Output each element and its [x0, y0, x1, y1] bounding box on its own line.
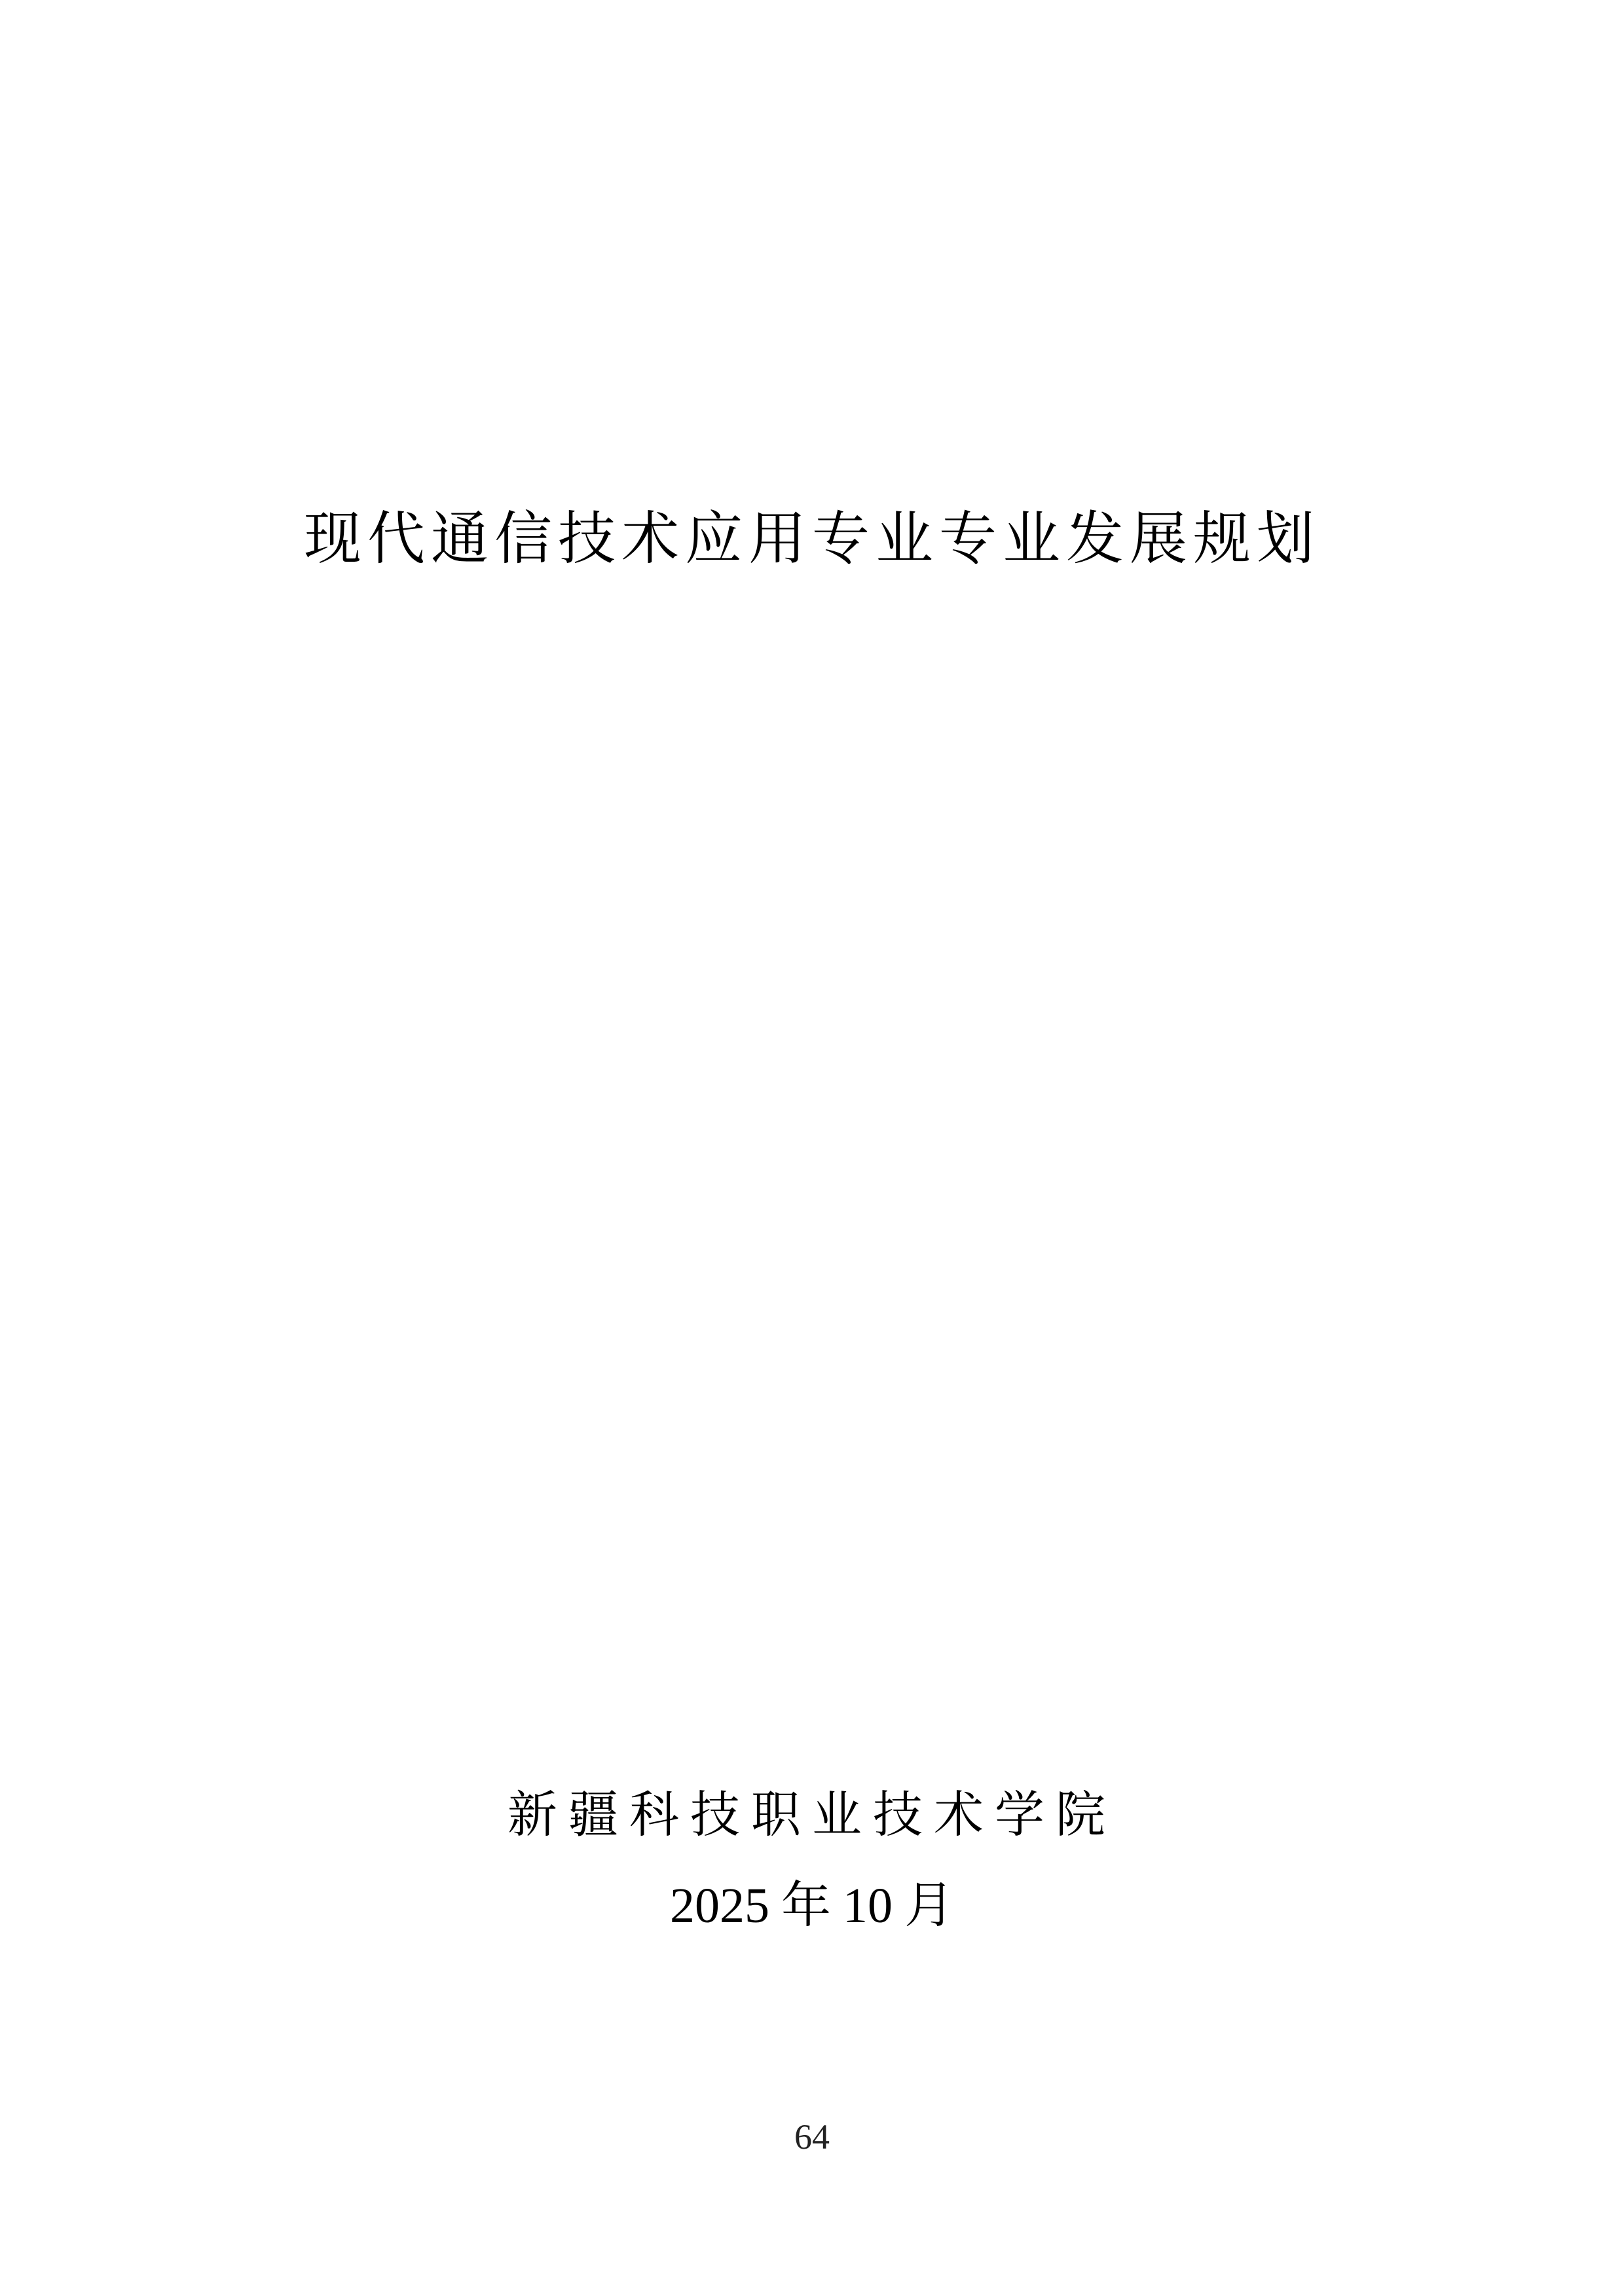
date-month: 10: [843, 1878, 893, 1933]
document-page: 现代通信技术应用专业专业发展规划 新疆科技职业技术学院 2025年10月 64: [0, 0, 1624, 2296]
publication-date: 2025年10月: [0, 1874, 1624, 1937]
date-month-unit: 月: [904, 1876, 954, 1934]
document-title: 现代通信技术应用专业专业发展规划: [0, 503, 1624, 575]
institution-name: 新疆科技职业技术学院: [0, 1783, 1624, 1846]
page-number: 64: [0, 2117, 1624, 2157]
date-year: 2025: [670, 1878, 769, 1933]
date-year-unit: 年: [781, 1876, 831, 1934]
